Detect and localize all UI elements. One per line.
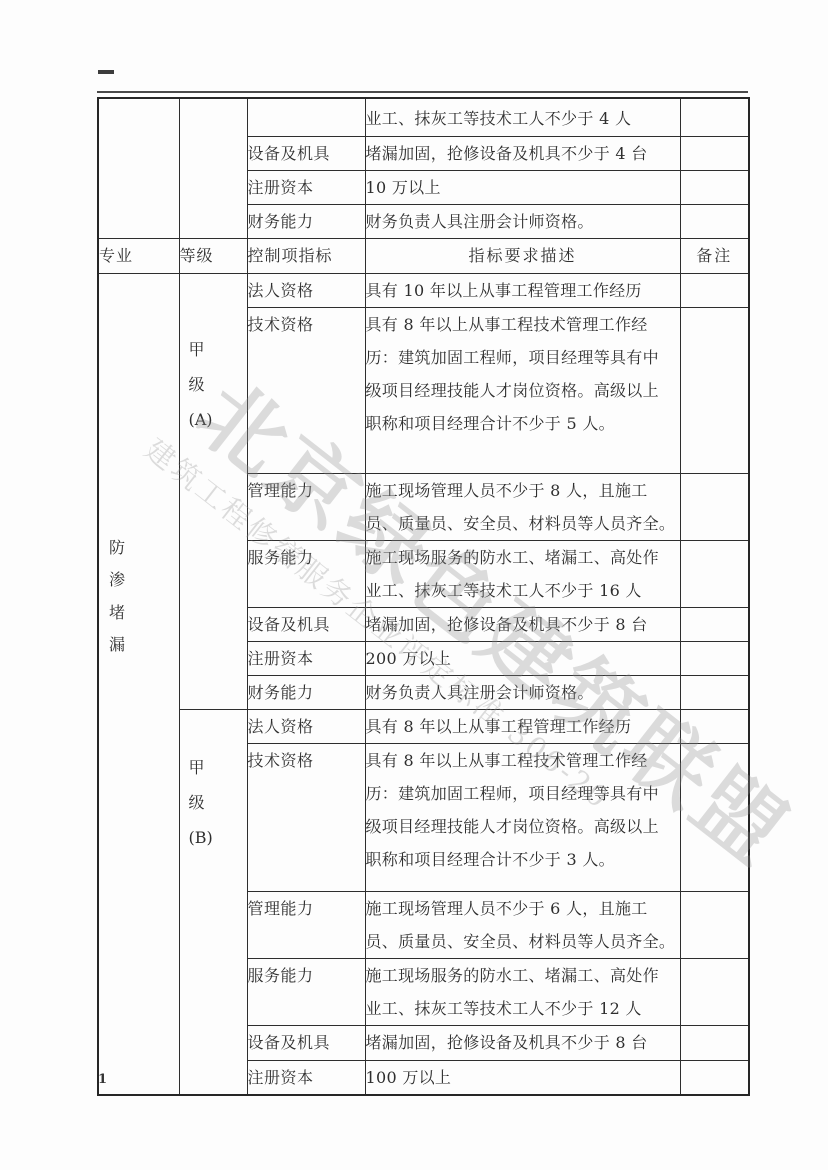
requirement-desc: 200 万以上 (365, 641, 680, 675)
control-item-label: 服务能力 (247, 958, 365, 1025)
control-item-label: 管理能力 (247, 473, 365, 540)
requirement-desc: 具有 10 年以上从事工程管理工作经历 (365, 273, 680, 307)
header-grade: 等级 (179, 238, 247, 273)
specialty-cell-empty (98, 98, 179, 238)
requirement-desc: 10 万以上 (365, 170, 680, 204)
table-row: 业工、抹灰工等技术工人不少于 4 人 (98, 98, 749, 136)
control-item-label: 注册资本 (247, 170, 365, 204)
remark-cell (680, 1060, 749, 1095)
header-rule (97, 91, 748, 93)
qualification-table: 业工、抹灰工等技术工人不少于 4 人 设备及机具 堵漏加固，抢修设备及机具不少于… (97, 97, 750, 1096)
remark-cell (680, 473, 749, 540)
control-item-label: 技术资格 (247, 743, 365, 891)
requirement-desc: 堵漏加固，抢修设备及机具不少于 4 台 (365, 136, 680, 170)
control-item-label: 服务能力 (247, 540, 365, 607)
remark-cell (680, 958, 749, 1025)
table-row: 甲 级 (B) 法人资格 具有 8 年以上从事工程管理工作经历 (98, 709, 749, 743)
control-item-label: 财务能力 (247, 204, 365, 238)
requirement-desc: 业工、抹灰工等技术工人不少于 4 人 (365, 98, 680, 136)
requirement-desc: 财务负责人具注册会计师资格。 (365, 675, 680, 709)
remark-cell (680, 675, 749, 709)
requirement-desc: 具有 8 年以上从事工程技术管理工作经 历：建筑加固工程师，项目经理等具有中 级… (365, 307, 680, 473)
page-number: 1 (98, 1072, 107, 1087)
table-header-row: 专业 等级 控制项指标 指标要求描述 备注 (98, 238, 749, 273)
remark-cell (680, 891, 749, 958)
control-item-label: 技术资格 (247, 307, 365, 473)
grade-b-label: 甲 级 (B) (189, 750, 229, 855)
header-specialty: 专业 (98, 238, 179, 273)
control-item-label: 法人资格 (247, 273, 365, 307)
grade-b-cell: 甲 级 (B) (179, 709, 247, 1095)
control-item-label: 设备及机具 (247, 136, 365, 170)
remark-cell (680, 709, 749, 743)
control-item-label: 注册资本 (247, 1060, 365, 1095)
grade-cell-empty (179, 98, 247, 238)
requirement-desc: 施工现场服务的防水工、堵漏工、高处作 业工、抹灰工等技术工人不少于 16 人 (365, 540, 680, 607)
specialty-label: 防 渗 堵 漏 (109, 532, 131, 662)
header-control-item: 控制项指标 (247, 238, 365, 273)
requirement-desc: 施工现场管理人员不少于 8 人，且施工 员、质量员、安全员、材料员等人员齐全。 (365, 473, 680, 540)
requirement-desc: 100 万以上 (365, 1060, 680, 1095)
control-item-label: 财务能力 (247, 675, 365, 709)
document-page: 业工、抹灰工等技术工人不少于 4 人 设备及机具 堵漏加固，抢修设备及机具不少于… (0, 0, 828, 1170)
remark-cell (680, 641, 749, 675)
control-item-label: 设备及机具 (247, 607, 365, 641)
requirement-desc: 施工现场管理人员不少于 6 人，且施工 员、质量员、安全员、材料员等人员齐全。 (365, 891, 680, 958)
header-requirement: 指标要求描述 (365, 238, 680, 273)
header-dash (98, 70, 114, 74)
specialty-cell: 防 渗 堵 漏 (98, 273, 179, 1095)
requirement-desc: 施工现场服务的防水工、堵漏工、高处作 业工、抹灰工等技术工人不少于 12 人 (365, 958, 680, 1025)
control-item-label: 管理能力 (247, 891, 365, 958)
control-item-label: 设备及机具 (247, 1025, 365, 1060)
table-row: 防 渗 堵 漏 甲 级 (A) 法人资格 具有 10 年以上从事工程管理工作经历 (98, 273, 749, 307)
remark-cell (680, 607, 749, 641)
control-item-label (247, 98, 365, 136)
remark-cell (680, 273, 749, 307)
remark-cell (680, 170, 749, 204)
remark-cell (680, 743, 749, 891)
control-item-label: 法人资格 (247, 709, 365, 743)
requirement-desc: 具有 8 年以上从事工程技术管理工作经 历：建筑加固工程师，项目经理等具有中 级… (365, 743, 680, 891)
control-item-label: 注册资本 (247, 641, 365, 675)
remark-cell (680, 1025, 749, 1060)
remark-cell (680, 98, 749, 136)
requirement-desc: 财务负责人具注册会计师资格。 (365, 204, 680, 238)
requirement-desc: 堵漏加固，抢修设备及机具不少于 8 台 (365, 1025, 680, 1060)
remark-cell (680, 540, 749, 607)
remark-cell (680, 204, 749, 238)
grade-a-cell: 甲 级 (A) (179, 273, 247, 709)
grade-a-label: 甲 级 (A) (189, 332, 229, 437)
requirement-desc: 具有 8 年以上从事工程管理工作经历 (365, 709, 680, 743)
remark-cell (680, 136, 749, 170)
header-remark: 备注 (680, 238, 749, 273)
requirement-desc: 堵漏加固，抢修设备及机具不少于 8 台 (365, 607, 680, 641)
remark-cell (680, 307, 749, 473)
